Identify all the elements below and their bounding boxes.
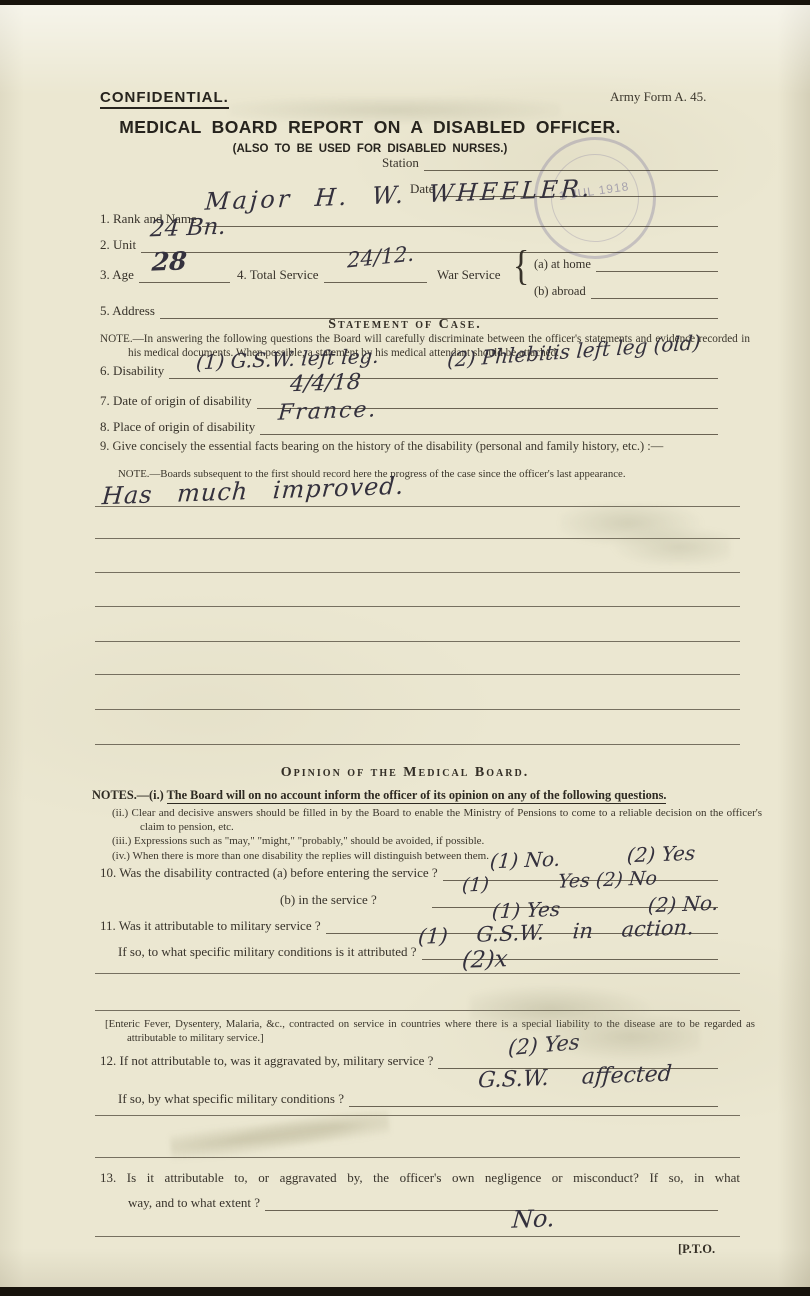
war-service-label: War Service (437, 267, 501, 283)
q12b-line (349, 1104, 718, 1107)
form-page: CONFIDENTIAL. Army Form A. 45. MEDICAL B… (0, 5, 810, 1287)
bleed-through-mark (560, 505, 730, 565)
ruled-line (95, 572, 740, 573)
statement-heading: Statement of Case. (75, 317, 735, 333)
disability-line (169, 376, 718, 379)
q12-label: 12. If not attributable to, was it aggra… (100, 1053, 433, 1069)
handwriting-q10b-2: Yes (2) No (557, 869, 657, 892)
total-service-label: 4. Total Service (237, 267, 319, 283)
opinion-heading: Opinion of the Medical Board. (75, 765, 735, 781)
ruled-line (95, 506, 740, 507)
disability-label: 6. Disability (100, 363, 164, 379)
ruled-line (95, 641, 740, 642)
q13-label-line1: 13. Is it attributable to, or aggravated… (100, 1170, 740, 1186)
q12b-label: If so, by what specific military conditi… (118, 1091, 344, 1107)
handwriting-age: 28 (151, 248, 188, 274)
handwriting-rank-name: Major H. W. WHEELER. (204, 176, 593, 214)
war-abroad-line (591, 296, 718, 299)
ruled-line (95, 1115, 740, 1116)
bleed-through-mark (169, 1109, 391, 1164)
q10b-label: (b) in the service ? (280, 892, 377, 908)
scanned-document: CONFIDENTIAL. Army Form A. 45. MEDICAL B… (0, 0, 810, 1296)
pto-label: [P.T.O. (678, 1242, 715, 1257)
war-at-home-line (596, 269, 718, 272)
handwriting-q12b: G.S.W. affected (477, 1064, 672, 1093)
unit-label: 2. Unit (100, 237, 136, 253)
war-abroad-label: (b) abroad (534, 284, 586, 299)
rank-name-line (202, 224, 718, 227)
place-origin-label: 8. Place of origin of disability (100, 419, 255, 435)
war-at-home-label: (a) at home (534, 257, 591, 272)
ruled-line (95, 1157, 740, 1158)
handwriting-disability-1: (1) G.S.W. left leg. (195, 346, 379, 372)
handwriting-q10a-1: (1) No. (489, 849, 561, 872)
handwriting-q10b-1: (1) (461, 876, 489, 896)
form-subtitle: (ALSO TO BE USED FOR DISABLED NURSES.) (0, 143, 740, 155)
confidential-label: CONFIDENTIAL. (100, 89, 229, 109)
opinion-notes-prefix: NOTES.—(i.) (92, 788, 167, 802)
bracket-note: [Enteric Fever, Dysentery, Malaria, &c.,… (105, 1018, 755, 1046)
station-line (424, 168, 718, 171)
ruled-line (95, 606, 740, 607)
history-question: 9. Give concisely the essential facts be… (100, 438, 753, 454)
ruled-line (95, 973, 740, 974)
war-service-brace: { (513, 243, 529, 291)
ruled-line (95, 709, 740, 710)
opinion-note-ii: (ii.) Clear and decisive answers should … (112, 806, 762, 834)
handwriting-q13: No. (511, 1206, 555, 1232)
unit-line (141, 250, 718, 253)
handwriting-unit: 24 Bn. (149, 216, 226, 242)
ruled-line (95, 1010, 740, 1011)
form-number: Army Form A. 45. (610, 89, 706, 105)
handwriting-q10a-2: (2) Yes (626, 843, 696, 865)
ruled-line (95, 674, 740, 675)
q11b-label: If so, to what specific military conditi… (118, 944, 417, 960)
q11-label: 11. Was it attributable to military serv… (100, 918, 321, 934)
handwriting-place-origin: France. (277, 399, 378, 425)
age-label: 3. Age (100, 267, 134, 283)
handwriting-date-origin: 4/4/18 (289, 372, 361, 397)
handwriting-q11-1: (1) Yes (491, 899, 561, 921)
place-origin-line (260, 432, 718, 435)
total-service-line (324, 280, 427, 283)
date-origin-label: 7. Date of origin of disability (100, 393, 252, 409)
handwriting-q11-extra-mark: (2)x (461, 948, 508, 973)
opinion-note-i: The Board will on no account inform the … (167, 788, 667, 804)
age-line (139, 280, 230, 283)
form-title: MEDICAL BOARD REPORT ON A DISABLED OFFIC… (0, 117, 740, 138)
ruled-line (95, 744, 740, 745)
station-label: Station (382, 155, 419, 171)
ruled-line (95, 538, 740, 539)
q10a-label: 10. Was the disability contracted (a) be… (100, 865, 438, 881)
handwriting-q11-2: (2) No. (647, 893, 719, 916)
q13-line (265, 1208, 718, 1211)
q13-label-line2: way, and to what extent ? (128, 1195, 260, 1211)
ruled-line (95, 1236, 740, 1237)
